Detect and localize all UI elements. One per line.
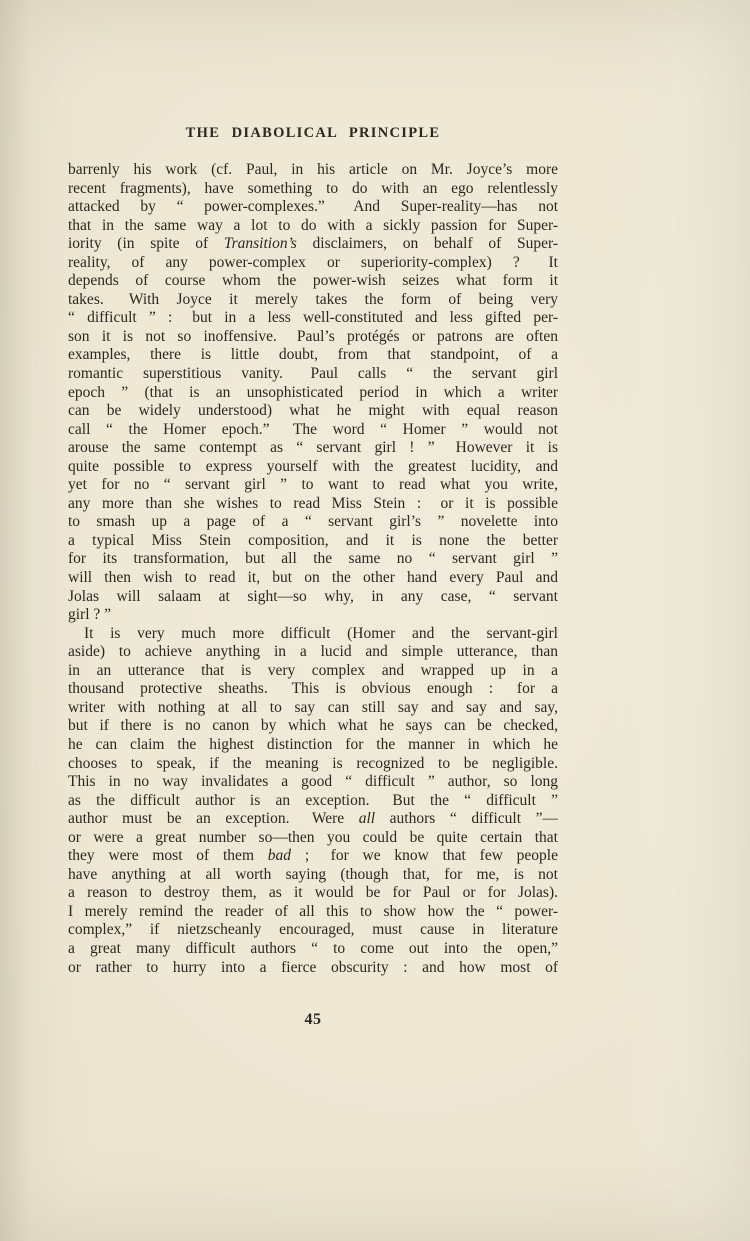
text-line: or rather to hurry into a fierce obscuri… bbox=[68, 959, 558, 978]
text-line: that in the same way a lot to do with a … bbox=[68, 217, 558, 236]
text-line: in an utterance that is very complex and… bbox=[68, 662, 558, 681]
body-text: can be widely understood) what he might … bbox=[68, 402, 558, 419]
body-text: recent fragments), have something to do … bbox=[68, 180, 558, 197]
text-line: epoch ” (that is an unsophisticated peri… bbox=[68, 384, 558, 403]
text-line: aside) to achieve anything in a lucid an… bbox=[68, 643, 558, 662]
text-line: writer with nothing at all to say can st… bbox=[68, 699, 558, 718]
body-text: It is very much more difficult (Homer an… bbox=[84, 625, 558, 642]
text-line: will then wish to read it, but on the ot… bbox=[68, 569, 558, 588]
text-line: a typical Miss Stein composition, and it… bbox=[68, 532, 558, 551]
text-line: examples, there is little doubt, from th… bbox=[68, 346, 558, 365]
body-text: that in the same way a lot to do with a … bbox=[68, 217, 558, 234]
text-line: arouse the same contempt as “ servant gi… bbox=[68, 439, 558, 458]
body-text: attacked by “ power-complexes.” And Supe… bbox=[68, 198, 558, 215]
text-line: a reason to destroy them, as it would be… bbox=[68, 884, 558, 903]
text-line: iority (in spite of Transition’s disclai… bbox=[68, 235, 558, 254]
body-text: to smash up a page of a “ servant girl’s… bbox=[68, 513, 558, 530]
running-header: THE DIABOLICAL PRINCIPLE bbox=[68, 125, 558, 142]
text-line: takes. With Joyce it merely takes the fo… bbox=[68, 291, 558, 310]
body-text: he can claim the highest distinction for… bbox=[68, 736, 558, 753]
body-text: chooses to speak, if the meaning is reco… bbox=[68, 755, 558, 772]
body-text: aside) to achieve anything in a lucid an… bbox=[68, 643, 558, 660]
body-text: they were most of them bbox=[68, 847, 268, 864]
text-line: “ difficult ” : but in a less well-const… bbox=[68, 309, 558, 328]
body-text: I merely remind the reader of all this t… bbox=[68, 903, 558, 920]
body-text: will then wish to read it, but on the ot… bbox=[68, 569, 558, 586]
body-text: romantic superstitious vanity. Paul call… bbox=[68, 365, 558, 382]
text-line: but if there is no canon by which what h… bbox=[68, 717, 558, 736]
text-line: This in no way invalidates a good “ diff… bbox=[68, 773, 558, 792]
paragraph-1: barrenly his work (cf. Paul, in his arti… bbox=[68, 161, 558, 625]
text-line: chooses to speak, if the meaning is reco… bbox=[68, 755, 558, 774]
text-line: author must be an exception. Were all au… bbox=[68, 810, 558, 829]
body-text: author must be an exception. Were bbox=[68, 810, 359, 827]
body-text: yet for no “ servant girl ” to want to r… bbox=[68, 476, 558, 493]
text-block: barrenly his work (cf. Paul, in his arti… bbox=[68, 161, 558, 977]
text-line: he can claim the highest distinction for… bbox=[68, 736, 558, 755]
text-line: any more than she wishes to read Miss St… bbox=[68, 495, 558, 514]
body-text: in an utterance that is very complex and… bbox=[68, 662, 558, 679]
body-text: barrenly his work (cf. Paul, in his arti… bbox=[68, 161, 558, 178]
text-line: or were a great number so—then you could… bbox=[68, 829, 558, 848]
italic-text: Transition’s bbox=[224, 235, 297, 252]
body-text: “ difficult ” : but in a less well-const… bbox=[68, 309, 558, 326]
body-text: iority (in spite of bbox=[68, 235, 224, 252]
book-page: THE DIABOLICAL PRINCIPLE barrenly his wo… bbox=[0, 0, 750, 1241]
body-text: This in no way invalidates a good “ diff… bbox=[68, 773, 558, 790]
body-text: takes. With Joyce it merely takes the fo… bbox=[68, 291, 558, 308]
text-line: recent fragments), have something to do … bbox=[68, 180, 558, 199]
body-text: arouse the same contempt as “ servant gi… bbox=[68, 439, 558, 456]
text-line: to smash up a page of a “ servant girl’s… bbox=[68, 513, 558, 532]
text-line: It is very much more difficult (Homer an… bbox=[68, 625, 558, 644]
text-line: attacked by “ power-complexes.” And Supe… bbox=[68, 198, 558, 217]
text-line: they were most of them bad ; for we know… bbox=[68, 847, 558, 866]
body-text: but if there is no canon by which what h… bbox=[68, 717, 558, 734]
body-text: or were a great number so—then you could… bbox=[68, 829, 558, 846]
text-line: have anything at all worth saying (thoug… bbox=[68, 866, 558, 885]
text-line: for its transformation, but all the same… bbox=[68, 550, 558, 569]
body-text: call “ the Homer epoch.” The word “ Home… bbox=[68, 421, 558, 438]
body-text: a typical Miss Stein composition, and it… bbox=[68, 532, 558, 549]
text-line: call “ the Homer epoch.” The word “ Home… bbox=[68, 421, 558, 440]
body-text: complex,” if nietzscheanly encouraged, m… bbox=[68, 921, 558, 938]
body-text: disclaimers, on behalf of Super- bbox=[297, 235, 558, 252]
body-text: son it is not so inoffensive. Paul’s pro… bbox=[68, 328, 558, 345]
body-text: reality, of any power-complex or superio… bbox=[68, 254, 558, 271]
text-line: thousand protective sheaths. This is obv… bbox=[68, 680, 558, 699]
body-text: Jolas will salaam at sight—so why, in an… bbox=[68, 588, 558, 605]
text-line: barrenly his work (cf. Paul, in his arti… bbox=[68, 161, 558, 180]
paragraph-2: It is very much more difficult (Homer an… bbox=[68, 625, 558, 977]
text-line: yet for no “ servant girl ” to want to r… bbox=[68, 476, 558, 495]
body-text: depends of course whom the power-wish se… bbox=[68, 272, 558, 289]
body-text: thousand protective sheaths. This is obv… bbox=[68, 680, 558, 697]
text-line: girl ? ” bbox=[68, 606, 558, 625]
body-text: quite possible to express yourself with … bbox=[68, 458, 558, 475]
text-line: complex,” if nietzscheanly encouraged, m… bbox=[68, 921, 558, 940]
body-text: authors “ difficult ”— bbox=[375, 810, 558, 827]
body-text: epoch ” (that is an unsophisticated peri… bbox=[68, 384, 558, 401]
body-text: a great many difficult authors “ to come… bbox=[68, 940, 558, 957]
body-text: girl ? ” bbox=[68, 606, 111, 623]
page-number: 45 bbox=[68, 1011, 558, 1029]
body-text: a reason to destroy them, as it would be… bbox=[68, 884, 558, 901]
italic-text: all bbox=[359, 810, 375, 827]
body-text: any more than she wishes to read Miss St… bbox=[68, 495, 558, 512]
body-text: have anything at all worth saying (thoug… bbox=[68, 866, 558, 883]
italic-text: bad bbox=[268, 847, 291, 864]
body-text: for its transformation, but all the same… bbox=[68, 550, 558, 567]
text-line: Jolas will salaam at sight—so why, in an… bbox=[68, 588, 558, 607]
text-line: I merely remind the reader of all this t… bbox=[68, 903, 558, 922]
text-line: as the difficult author is an exception.… bbox=[68, 792, 558, 811]
body-text: as the difficult author is an exception.… bbox=[68, 792, 558, 809]
body-text: ; for we know that few people bbox=[291, 847, 558, 864]
text-line: can be widely understood) what he might … bbox=[68, 402, 558, 421]
text-line: reality, of any power-complex or superio… bbox=[68, 254, 558, 273]
text-line: son it is not so inoffensive. Paul’s pro… bbox=[68, 328, 558, 347]
text-line: a great many difficult authors “ to come… bbox=[68, 940, 558, 959]
text-line: depends of course whom the power-wish se… bbox=[68, 272, 558, 291]
body-text: or rather to hurry into a fierce obscuri… bbox=[68, 959, 558, 976]
body-text: writer with nothing at all to say can st… bbox=[68, 699, 558, 716]
text-line: romantic superstitious vanity. Paul call… bbox=[68, 365, 558, 384]
text-line: quite possible to express yourself with … bbox=[68, 458, 558, 477]
body-text: examples, there is little doubt, from th… bbox=[68, 346, 558, 363]
